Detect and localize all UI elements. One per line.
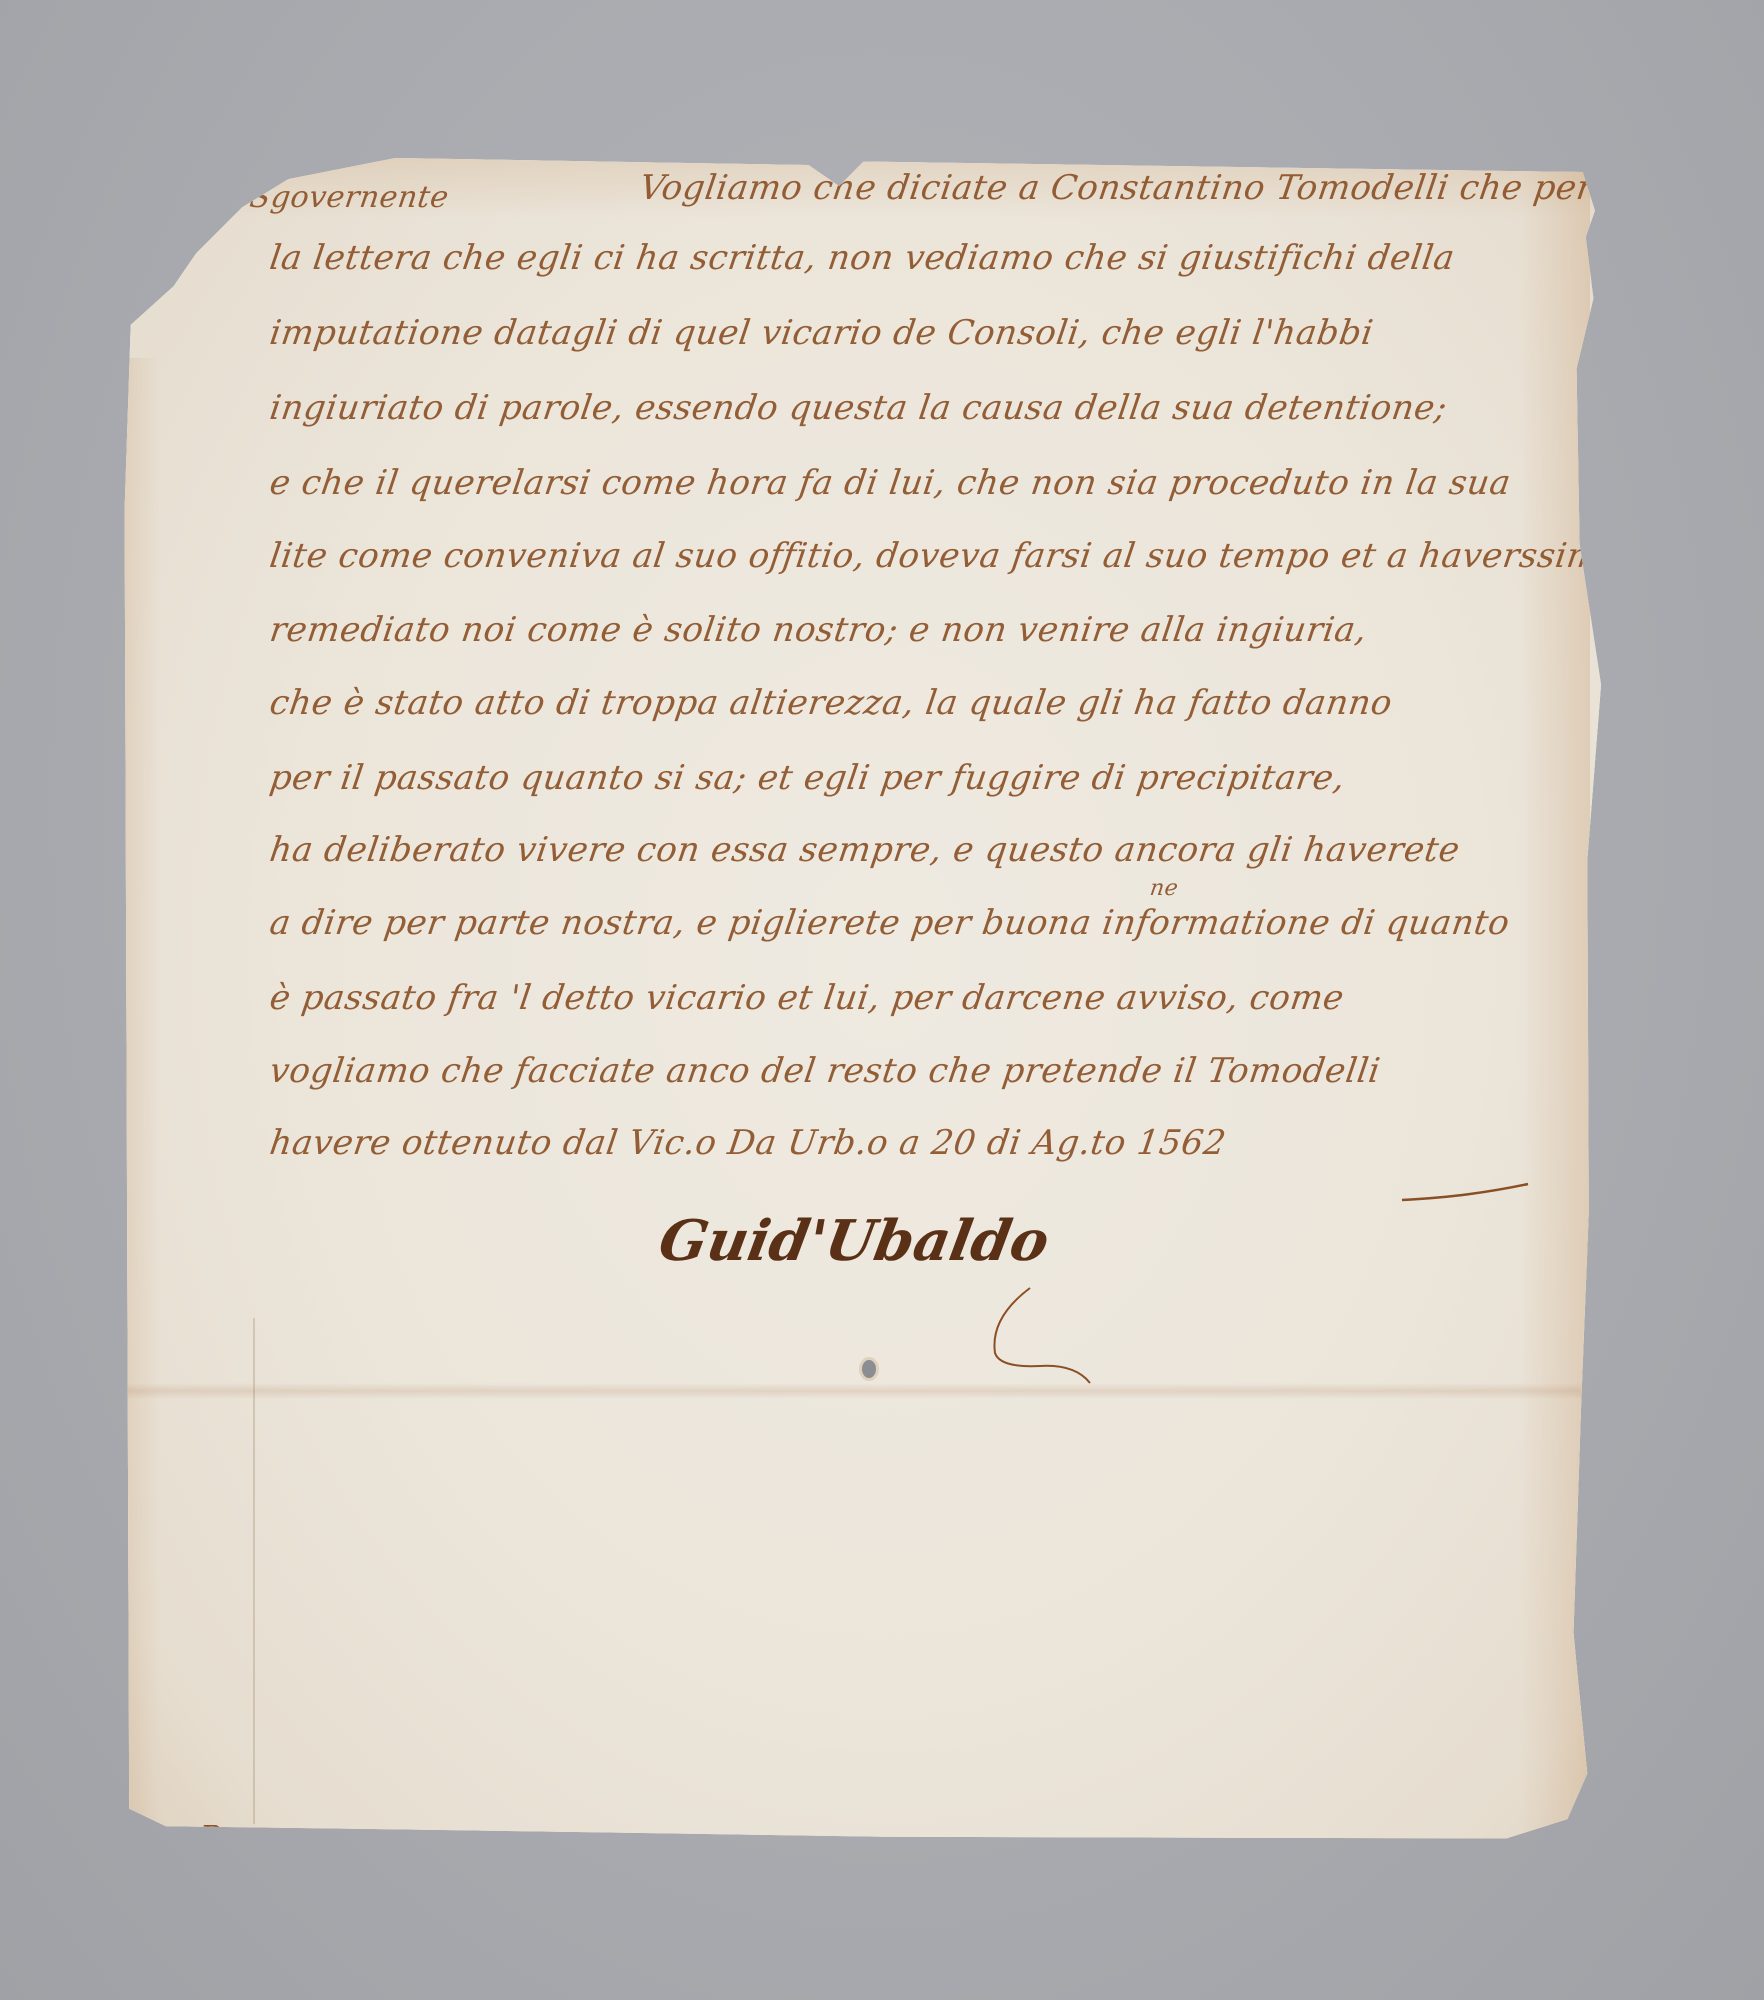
text-line-9: per il passato quanto si sa; et egli per… [267, 758, 1347, 798]
edge-stain-left [120, 358, 160, 1914]
text-line-8: che è stato atto di troppa altierezza, l… [267, 683, 1395, 723]
text-line-3: imputatione datagli di quel vicario de C… [267, 313, 1376, 353]
text-line-5: e che il querelarsi come hora fa di lui,… [267, 463, 1513, 503]
address-note: Pesaro [200, 1820, 302, 1855]
text-line-4: ingiuriato di parole, essendo questa la … [267, 388, 1450, 428]
text-line-1: Vogliamo che diciate a Constantino Tomod… [637, 168, 1596, 208]
signature-flourish [980, 1278, 1120, 1388]
date-underline-flourish [1400, 1176, 1530, 1206]
edge-stain-right [1520, 158, 1590, 1914]
superscript-abbreviation: ne [1148, 876, 1180, 901]
text-line-6: lite come conveniva al suo offitio, dove… [267, 536, 1623, 576]
text-line-14-date: havere ottenuto dal Vic.o Da Urb.o a 20 … [267, 1123, 1228, 1163]
manuscript-letter: Sgovernente Vogliamo che diciate a Const… [120, 158, 1650, 1914]
text-line-2: la lettera che egli ci ha scritta, non v… [267, 238, 1457, 278]
text-line-7: remediato noi come è solito nostro; e no… [267, 610, 1369, 650]
vertical-fold-crease [253, 1318, 255, 1824]
signature: Guid'Ubaldo [654, 1208, 1054, 1274]
salutation: Sgovernente [248, 180, 451, 215]
horizontal-fold-crease [120, 1383, 1590, 1399]
text-line-12: è passato fra 'l detto vicario et lui, p… [267, 978, 1346, 1018]
text-line-13: vogliamo che facciate anco del resto che… [267, 1051, 1383, 1091]
text-line-11: a dire per parte nostra, e piglierete pe… [267, 903, 1512, 943]
paper-hole [862, 1360, 876, 1378]
text-line-10: ha deliberato vivere con essa sempre, e … [267, 830, 1462, 870]
